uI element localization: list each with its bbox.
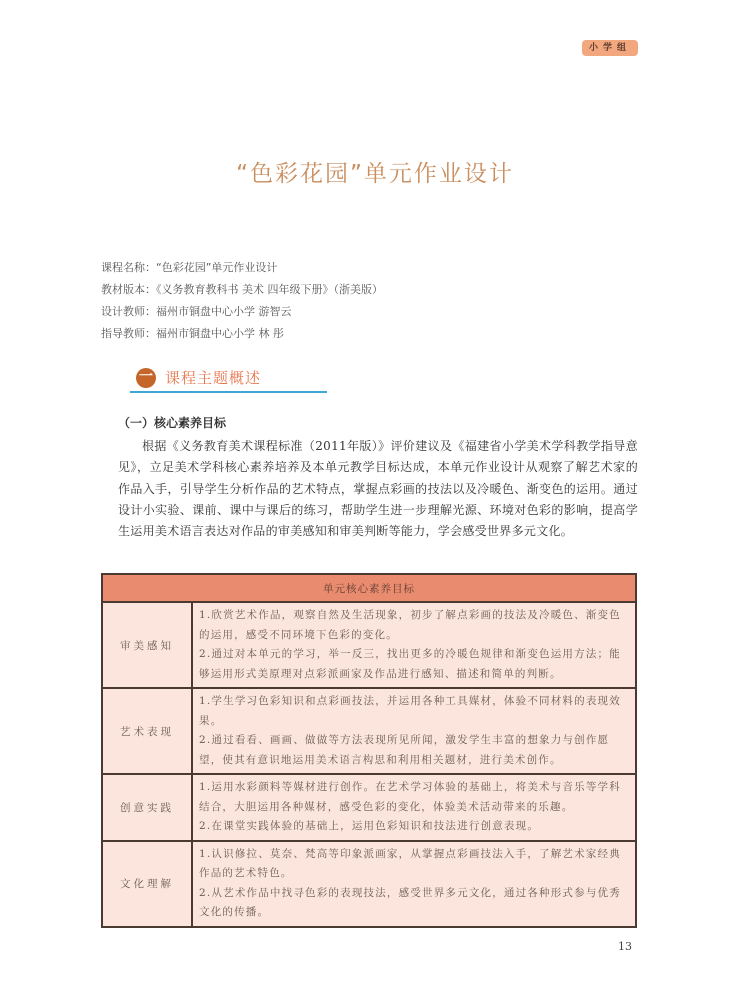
goal-item: 2.通过看看、画画、做做等方法表现所见所闻，激发学生丰富的想象力与创作愿望，使其… [199, 731, 629, 770]
body-paragraph: 根据《义务教育美术课程标准（2011年版）》评价建议及《福建省小学美术学科教学指… [118, 436, 638, 542]
goal-item: 2.从艺术作品中找寻色彩的表现技法，感受世界多元文化，通过各种形式参与优秀文化的… [199, 884, 629, 923]
row-description: 1.认识修拉、莫奈、梵高等印象派画家，从掌握点彩画技法入手，了解艺术家经典作品的… [192, 841, 636, 927]
goal-item: 1.欣赏艺术作品，观察自然及生活现象，初步了解点彩画的技法及冷暖色、渐变色的运用… [199, 606, 629, 645]
meta-value: “色彩花园”单元作业设计 [156, 261, 277, 274]
meta-course-name: 课程名称：“色彩花园”单元作业设计 [101, 257, 383, 279]
goal-item: 1.认识修拉、莫奈、梵高等印象派画家，从掌握点彩画技法入手，了解艺术家经典作品的… [199, 845, 629, 884]
meta-value: 《义务教育教科书 美术 四年级下册》（浙美版） [156, 283, 383, 296]
meta-value: 福州市铜盘中心小学 林 彤 [156, 327, 284, 340]
meta-label: 指导教师： [101, 327, 156, 340]
section-title: 课程主题概述 [165, 367, 261, 388]
course-meta: 课程名称：“色彩花园”单元作业设计 教材版本：《义务教育教科书 美术 四年级下册… [101, 257, 383, 345]
meta-label: 设计教师： [101, 305, 156, 318]
section-number-badge: 一 [136, 368, 156, 388]
subsection-title: （一）核心素养目标 [118, 414, 226, 431]
table-row: 文化理解 1.认识修拉、莫奈、梵高等印象派画家，从掌握点彩画技法入手，了解艺术家… [102, 841, 636, 927]
meta-value: 福州市铜盘中心小学 游智云 [156, 305, 292, 318]
table-row: 审美感知 1.欣赏艺术作品，观察自然及生活现象，初步了解点彩画的技法及冷暖色、渐… [102, 602, 636, 688]
meta-advisor: 指导教师：福州市铜盘中心小学 林 彤 [101, 323, 383, 345]
section-heading: 一 课程主题概述 [130, 365, 327, 393]
row-category: 文化理解 [102, 841, 192, 927]
core-goals-table: 单元核心素养目标 审美感知 1.欣赏艺术作品，观察自然及生活现象，初步了解点彩画… [101, 573, 637, 928]
page-title: “色彩花园”单元作业设计 [0, 155, 750, 188]
row-description: 1.运用水彩颜料等媒材进行创作。在艺术学习体验的基础上，将美术与音乐等学科结合，… [192, 774, 636, 841]
row-category: 艺术表现 [102, 688, 192, 774]
table-header: 单元核心素养目标 [102, 574, 636, 602]
meta-textbook: 教材版本：《义务教育教科书 美术 四年级下册》（浙美版） [101, 279, 383, 301]
row-description: 1.欣赏艺术作品，观察自然及生活现象，初步了解点彩画的技法及冷暖色、渐变色的运用… [192, 602, 636, 688]
row-description: 1.学生学习色彩知识和点彩画技法，并运用各种工具媒材，体验不同材料的表现效果。 … [192, 688, 636, 774]
goal-item: 1.运用水彩颜料等媒材进行创作。在艺术学习体验的基础上，将美术与音乐等学科结合，… [199, 778, 629, 817]
row-category: 审美感知 [102, 602, 192, 688]
meta-label: 教材版本： [101, 283, 156, 296]
goal-item: 1.学生学习色彩知识和点彩画技法，并运用各种工具媒材，体验不同材料的表现效果。 [199, 692, 629, 731]
goal-item: 2.在课堂实践体验的基础上，运用色彩知识和技法进行创意表现。 [199, 817, 629, 837]
goal-item: 2.通过对本单元的学习，举一反三，找出更多的冷暖色规律和渐变色运用方法；能够运用… [199, 645, 629, 684]
meta-label: 课程名称： [101, 261, 156, 274]
meta-designer: 设计教师：福州市铜盘中心小学 游智云 [101, 301, 383, 323]
level-tag: 小学组 [582, 40, 638, 56]
table-row: 艺术表现 1.学生学习色彩知识和点彩画技法，并运用各种工具媒材，体验不同材料的表… [102, 688, 636, 774]
row-category: 创意实践 [102, 774, 192, 841]
table-row: 创意实践 1.运用水彩颜料等媒材进行创作。在艺术学习体验的基础上，将美术与音乐等… [102, 774, 636, 841]
page-number: 13 [618, 940, 632, 953]
